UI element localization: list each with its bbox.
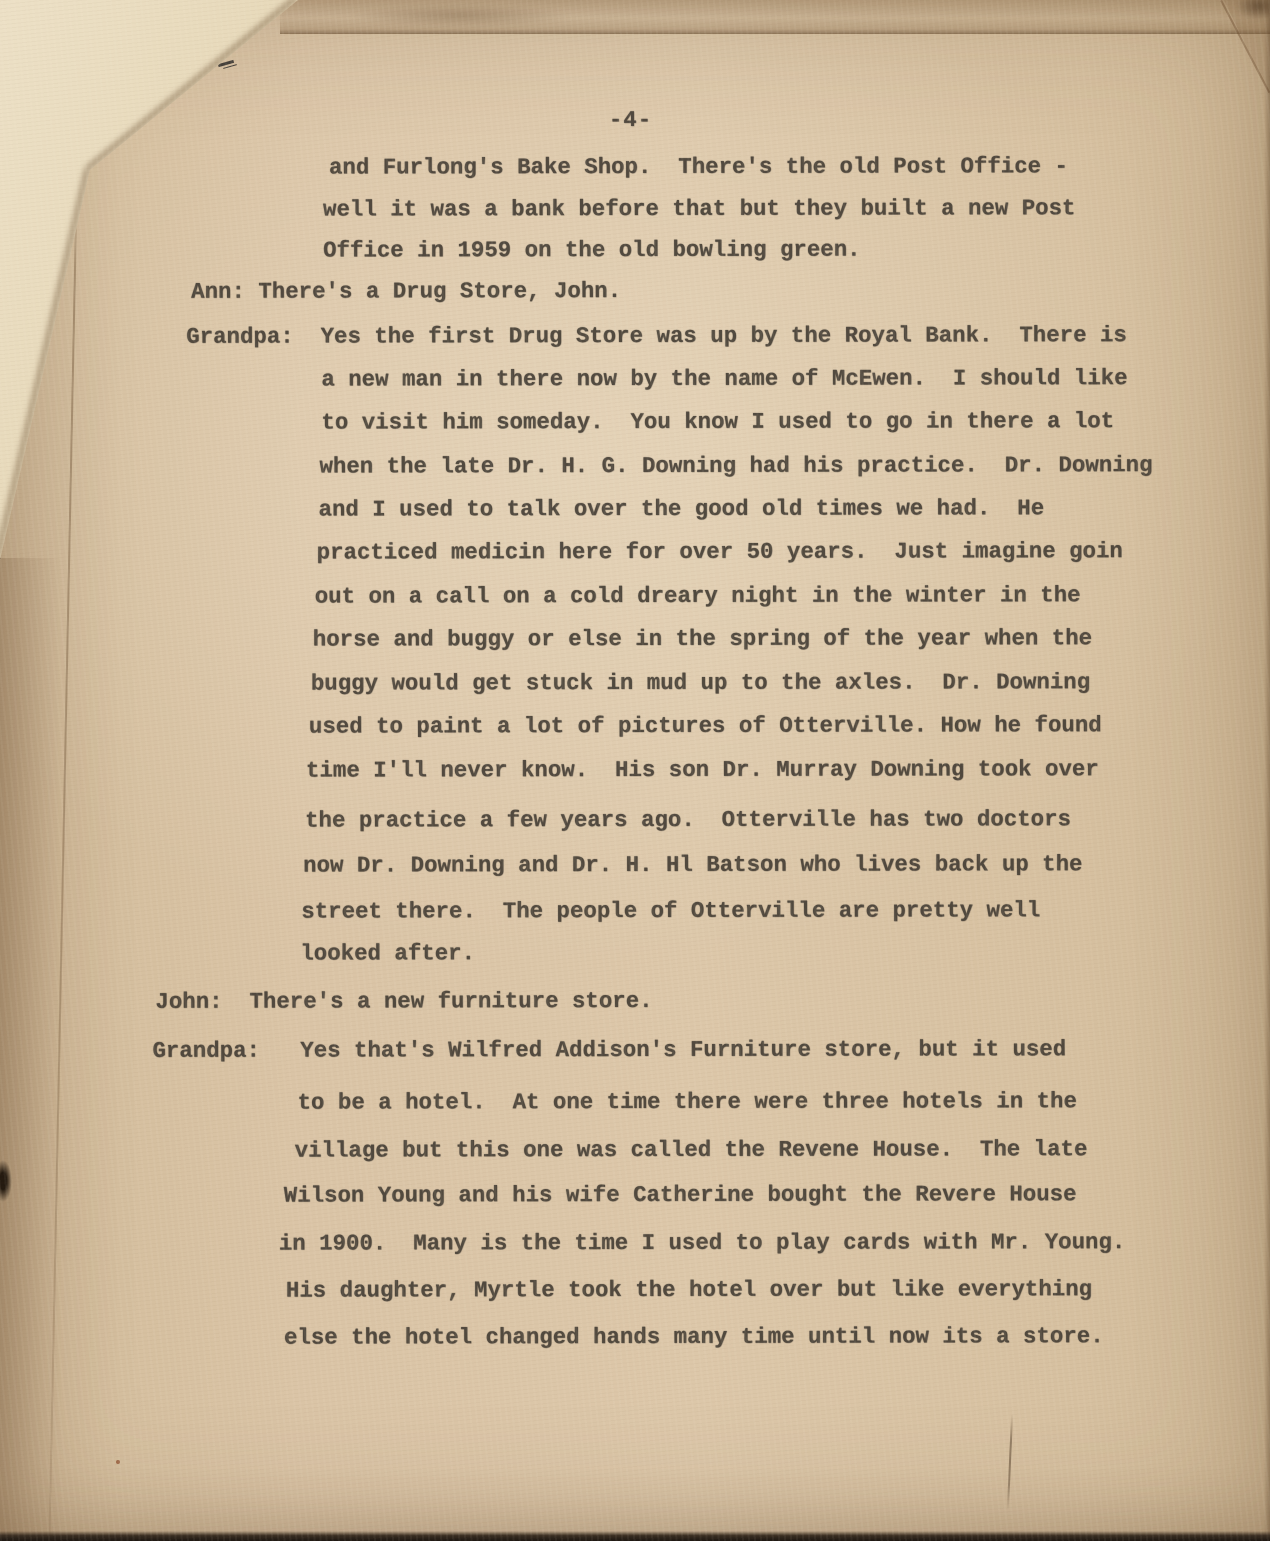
scanned-document: -4- and Furlong's Bake Shop. There's the… [0,0,1270,1541]
paper-grain-texture [0,0,1270,1541]
